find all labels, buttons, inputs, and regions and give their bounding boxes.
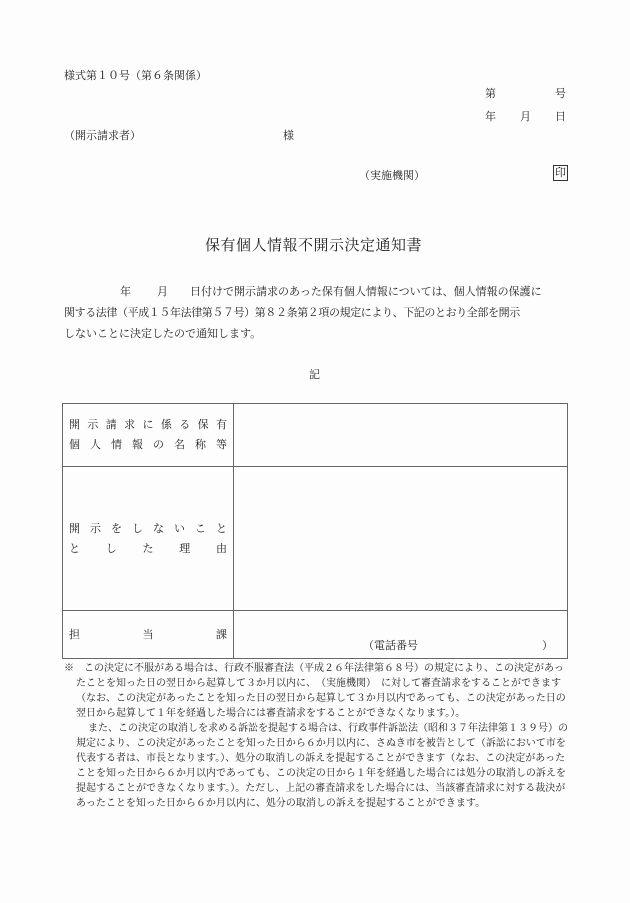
body-date-year: 年 bbox=[120, 285, 131, 298]
label-char: 請 bbox=[106, 415, 117, 435]
label-char: 当 bbox=[143, 625, 154, 645]
label-char: と bbox=[216, 519, 227, 539]
table-row-info-name: 開示請求に係る保有 個人情報の名称等 bbox=[63, 404, 568, 467]
label-line: 担当課 bbox=[69, 625, 227, 645]
label-info-name: 開示請求に係る保有 個人情報の名称等 bbox=[63, 404, 234, 467]
note-mark: ※ bbox=[64, 663, 74, 674]
label-char: と bbox=[69, 539, 80, 559]
label-char: し bbox=[106, 539, 117, 559]
label-char: を bbox=[111, 519, 122, 539]
doc-number-suffix: 号 bbox=[555, 85, 566, 101]
label-char: に bbox=[143, 415, 154, 435]
label-char: 由 bbox=[216, 539, 227, 559]
body-text-line1: 日付けで開示請求のあった保有個人情報については、個人情報の保護に bbox=[190, 285, 542, 298]
honorific: 様 bbox=[283, 127, 294, 143]
doc-number-prefix: 第 bbox=[485, 85, 496, 101]
label-char: 係 bbox=[161, 415, 172, 435]
label-char: 課 bbox=[216, 625, 227, 645]
label-department: 担当課 bbox=[63, 611, 234, 659]
note-paragraph-1: この決定に不服がある場合は、行政不服審査法（平成２６年法律第６８号）の規定により… bbox=[76, 663, 566, 719]
label-line: 開示をしないこと bbox=[69, 519, 227, 539]
agency-label: （実施機関） bbox=[359, 167, 425, 183]
seal-mark: 印 bbox=[553, 165, 568, 181]
note-paragraph-2: また、この決定の取消しを求める訴訟を提起する場合は、行政事件訴訟法（昭和３７年法… bbox=[64, 721, 568, 811]
date-month: 月 bbox=[520, 108, 531, 124]
body-text-line2: 関する法律（平成１５年法律第５７号）第８２条第２項の規定により、下記のとおり全部… bbox=[64, 302, 568, 323]
body-date-month: 月 bbox=[157, 285, 168, 298]
label-char: 保 bbox=[198, 415, 209, 435]
label-char: 称 bbox=[195, 435, 206, 455]
label-char: た bbox=[143, 539, 154, 559]
body-paragraph: 年月日付けで開示請求のあった保有個人情報については、個人情報の保護に 関する法律… bbox=[64, 281, 568, 344]
label-char: 理 bbox=[179, 539, 190, 559]
label-line: 開示請求に係る保有 bbox=[69, 415, 227, 435]
label-line: とした理由 bbox=[69, 539, 227, 559]
body-text-line3: しないことに決定したので通知します。 bbox=[64, 323, 568, 344]
record-table: 開示請求に係る保有 個人情報の名称等 開示をしないこと とした理由 担当課 （電… bbox=[62, 403, 568, 659]
label-char: る bbox=[179, 415, 190, 435]
label-char: 示 bbox=[90, 519, 101, 539]
label-char: 開 bbox=[69, 519, 80, 539]
label-char: 報 bbox=[132, 435, 143, 455]
label-line: 個人情報の名称等 bbox=[69, 435, 227, 455]
table-row-reason: 開示をしないこと とした理由 bbox=[63, 467, 568, 611]
label-char: 開 bbox=[69, 415, 80, 435]
label-char: 有 bbox=[216, 415, 227, 435]
label-char: 示 bbox=[87, 415, 98, 435]
phone-label: （電話番号 bbox=[363, 637, 418, 653]
label-char: 個 bbox=[69, 435, 80, 455]
label-char: こ bbox=[195, 519, 206, 539]
label-char: 名 bbox=[174, 435, 185, 455]
date-day: 日 bbox=[555, 108, 566, 124]
value-info-name[interactable] bbox=[234, 404, 568, 467]
label-char: 人 bbox=[90, 435, 101, 455]
value-department[interactable]: （電話番号 ） bbox=[234, 611, 568, 659]
label-char: し bbox=[132, 519, 143, 539]
table-row-department: 担当課 （電話番号 ） bbox=[63, 611, 568, 659]
phone-close: ） bbox=[542, 637, 553, 653]
label-char: い bbox=[174, 519, 185, 539]
ki-heading: 記 bbox=[309, 366, 320, 382]
notes-section: ※ この決定に不服がある場合は、行政不服審査法（平成２６年法律第６８号）の規定に… bbox=[64, 661, 568, 811]
label-char: 求 bbox=[124, 415, 135, 435]
label-char: 担 bbox=[69, 625, 80, 645]
label-char: の bbox=[153, 435, 164, 455]
label-char: な bbox=[153, 519, 164, 539]
date-year: 年 bbox=[485, 108, 496, 124]
label-reason: 開示をしないこと とした理由 bbox=[63, 467, 234, 611]
value-reason[interactable] bbox=[234, 467, 568, 611]
requester-label: （開示請求者） bbox=[64, 127, 141, 143]
document-title: 保有個人情報不開示決定通知書 bbox=[205, 234, 422, 255]
label-char: 等 bbox=[216, 435, 227, 455]
label-char: 情 bbox=[111, 435, 122, 455]
form-number: 様式第１０号（第６条関係） bbox=[64, 67, 207, 83]
